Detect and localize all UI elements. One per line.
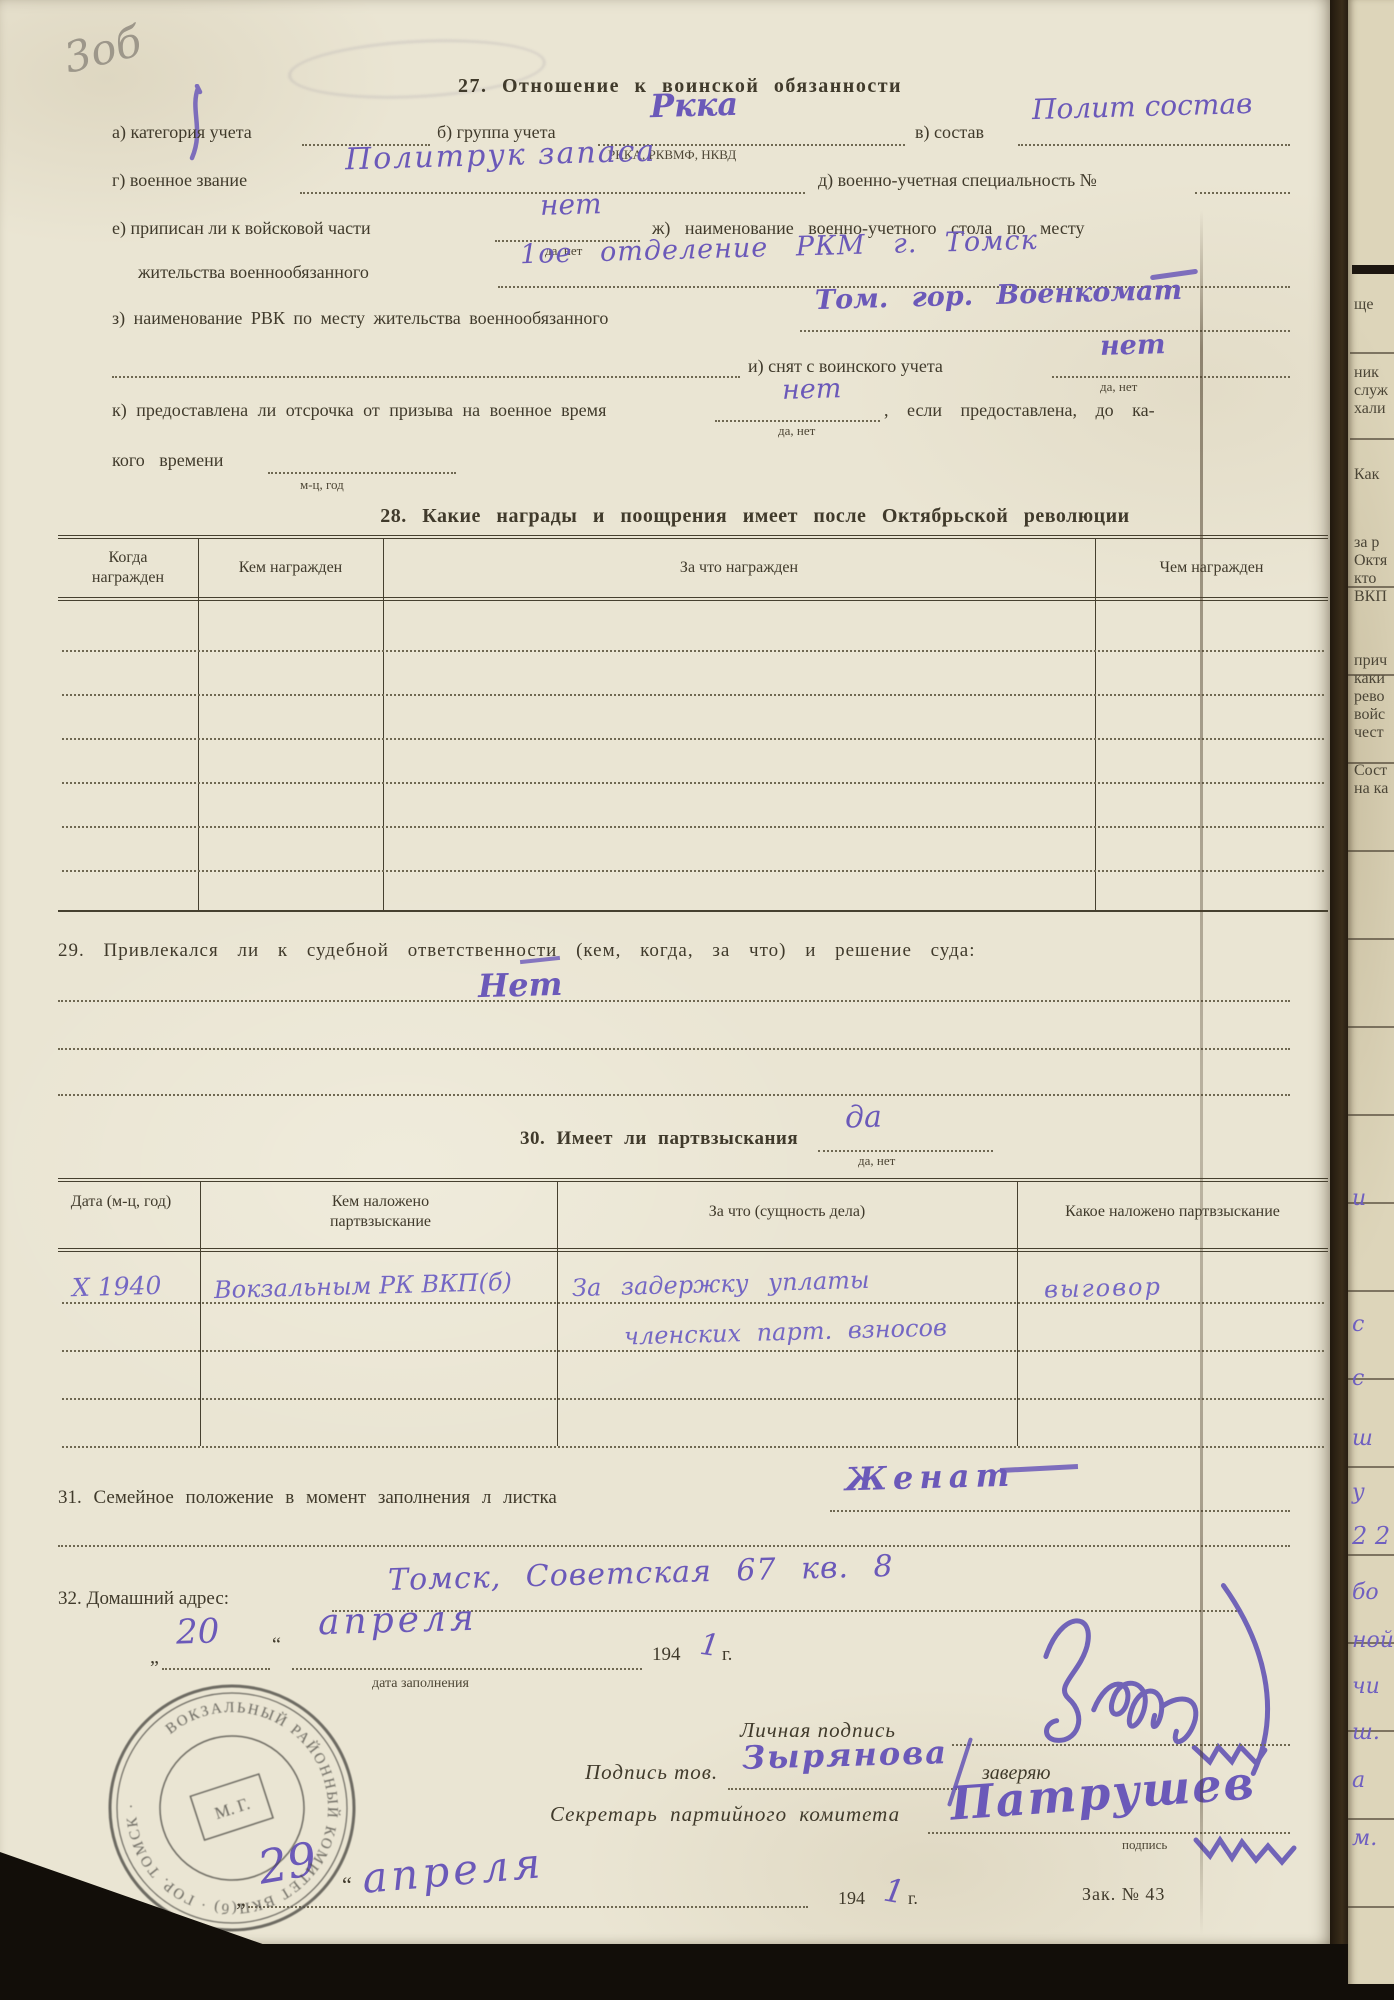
table28-col-withwhat: Чем награжден bbox=[1095, 558, 1328, 578]
adjacent-fragment: прич bbox=[1354, 652, 1387, 670]
field-k-line2 bbox=[268, 472, 456, 474]
table28-col-forwhat: За что награжден bbox=[383, 558, 1095, 578]
table30-col-date: Дата (м-ц, год) bbox=[66, 1192, 176, 1212]
field-i-line bbox=[1052, 376, 1290, 378]
field-zh-label-cont: жительства военнообязанного bbox=[138, 262, 369, 283]
field-b-value: Ркка bbox=[649, 85, 738, 125]
secretary-sig-caption: подпись bbox=[1122, 1838, 1167, 1853]
secretary-signature-swash bbox=[1190, 1802, 1340, 1872]
table30-header-rule bbox=[58, 1248, 1328, 1252]
adjacent-hw-fragment: с bbox=[1352, 1366, 1364, 1391]
field-v-value: Полит состав bbox=[1032, 87, 1253, 126]
field-e-value: нет bbox=[540, 187, 602, 222]
cert-date-year-unit: г. bbox=[908, 1888, 918, 1909]
table30-top-rule bbox=[58, 1178, 1328, 1182]
order-number: Зак. № 43 bbox=[1082, 1884, 1165, 1905]
table28-row-line bbox=[62, 826, 1324, 828]
stamp-center-text: М. Г. bbox=[212, 1794, 252, 1823]
attest-label: Подпись тов. bbox=[585, 1760, 718, 1784]
section-28-title: 28. Какие награды и поощрения имеет посл… bbox=[220, 505, 1290, 528]
table30-sep3 bbox=[1017, 1182, 1018, 1446]
scanned-document-page: 3об 27. Отношение к воинской обязанности… bbox=[0, 0, 1394, 2000]
adjacent-hw-fragment: 2 2 bbox=[1352, 1522, 1390, 1550]
table30-row-line bbox=[62, 1446, 1324, 1448]
section-31-line2 bbox=[58, 1545, 1290, 1547]
section-30-title: 30. Имеет ли партвзыскания bbox=[520, 1128, 798, 1150]
adjacent-hw-fragment: м. bbox=[1352, 1826, 1377, 1851]
adjacent-fragment: ник bbox=[1354, 364, 1379, 382]
section-29-line bbox=[58, 1094, 1290, 1096]
field-z-line bbox=[800, 330, 1290, 332]
field-i-caption: да, нет bbox=[1100, 380, 1137, 395]
table28-header-rule bbox=[58, 597, 1328, 601]
table28-row-line bbox=[62, 870, 1324, 872]
table28-bottom-rule bbox=[58, 910, 1328, 912]
section-32-label: 32. Домашний адрес: bbox=[58, 1588, 229, 1610]
section-29-line bbox=[58, 1000, 1290, 1002]
field-z-line2 bbox=[112, 376, 740, 378]
table28-row-line bbox=[62, 738, 1324, 740]
table28-sep1 bbox=[198, 539, 199, 910]
table30-sep1 bbox=[200, 1182, 201, 1446]
adjacent-hw-fragment: и bbox=[1352, 1186, 1366, 1211]
paper-crease bbox=[1200, 210, 1203, 1935]
table30-row-line bbox=[62, 1398, 1324, 1400]
adjacent-fragment: Как bbox=[1354, 466, 1379, 484]
table28-sep3 bbox=[1095, 539, 1096, 910]
page-gap-shadow bbox=[1330, 0, 1350, 1990]
adjacent-fragment: служ bbox=[1354, 382, 1388, 400]
table30-row-date: X 1940 bbox=[72, 1271, 162, 1302]
table30-col-penalty: Какое наложено партвзыскание bbox=[1017, 1202, 1328, 1222]
table30-row-line bbox=[62, 1350, 1324, 1352]
section-29-line bbox=[58, 1048, 1290, 1050]
section-31-label: 31. Семейное положение в момент заполнен… bbox=[58, 1487, 557, 1509]
adjacent-heavy-rule bbox=[1352, 265, 1394, 274]
section-31-line bbox=[830, 1510, 1290, 1512]
adjacent-fragment: рево bbox=[1354, 688, 1385, 706]
table30-col-bywhom: Кем наложено партвзыскание bbox=[298, 1192, 463, 1232]
adjacent-hw-fragment: бо bbox=[1352, 1580, 1379, 1605]
field-k-line bbox=[715, 420, 880, 422]
adjacent-fragment: ВКП bbox=[1354, 588, 1387, 606]
field-i-label: и) снят с воинского учета bbox=[748, 356, 943, 377]
field-d-label: д) военно-учетная специальность № bbox=[818, 170, 1097, 191]
fill-date-month: апреля bbox=[317, 1598, 478, 1643]
field-k-value: нет bbox=[782, 373, 842, 406]
section-30-line bbox=[818, 1150, 993, 1152]
table28-row-line bbox=[62, 694, 1324, 696]
fill-date-year-printed: 194 bbox=[652, 1644, 681, 1666]
table30-sep2 bbox=[557, 1182, 558, 1446]
table28-col-when: Когда награжден bbox=[80, 548, 176, 588]
table28-row-line bbox=[62, 650, 1324, 652]
adjacent-hw-fragment: а bbox=[1352, 1768, 1365, 1793]
field-z-label: з) наименование РВК по месту жительства … bbox=[112, 308, 608, 329]
adjacent-fragment: за р bbox=[1354, 534, 1379, 552]
attest-line bbox=[728, 1788, 960, 1790]
table28-row-line bbox=[62, 782, 1324, 784]
secretary-label: Секретарь партийного комитета bbox=[550, 1802, 900, 1826]
scan-bottom-band bbox=[0, 1944, 1348, 2000]
fill-date-day: 20 bbox=[175, 1611, 219, 1652]
adjacent-ruled-line bbox=[1350, 438, 1394, 440]
fill-date-open-quote: „ bbox=[150, 1646, 159, 1669]
adjacent-ruled-line bbox=[1350, 352, 1394, 354]
table30-row-penalty: выговор bbox=[1044, 1272, 1163, 1303]
adjacent-fragment: Сост bbox=[1354, 762, 1387, 780]
adjacent-fragment: хали bbox=[1354, 400, 1386, 418]
field-k-cont2: кого времени bbox=[112, 450, 223, 471]
field-v-label: в) состав bbox=[915, 122, 984, 143]
field-k-label: к) предоставлена ли отсрочка от призыва … bbox=[112, 400, 606, 421]
adjacent-fragment: чест bbox=[1354, 724, 1384, 742]
adjacent-hw-fragment: ной bbox=[1352, 1628, 1394, 1653]
adjacent-hw-fragment: у bbox=[1352, 1480, 1365, 1505]
adjacent-hw-fragment: ш. bbox=[1352, 1720, 1380, 1745]
section-30-caption: да, нет bbox=[858, 1154, 895, 1169]
field-k-cont: , если предоставлена, до ка- bbox=[884, 400, 1155, 421]
personal-signature-line bbox=[952, 1744, 1290, 1746]
section-29-title: 29. Привлекался ли к судебной ответствен… bbox=[58, 940, 976, 962]
table28-col-bywhom: Кем награжден bbox=[198, 558, 383, 578]
fill-date-caption: дата заполнения bbox=[372, 1676, 469, 1692]
field-d-line bbox=[1195, 192, 1290, 194]
fill-date-year-unit: г. bbox=[722, 1644, 732, 1666]
table28-top-rule bbox=[58, 535, 1328, 539]
cert-date-year-printed: 194 bbox=[838, 1888, 865, 1909]
field-a-label: а) категория учета bbox=[112, 122, 252, 143]
section-31-value: Женат bbox=[845, 1456, 1016, 1499]
adjacent-fragment: каки bbox=[1354, 670, 1385, 688]
adjacent-fragment: ще bbox=[1354, 296, 1373, 314]
field-i-value: нет bbox=[1100, 329, 1166, 362]
field-k-caption2: м-ц, год bbox=[300, 478, 344, 493]
scan-bottom-band-right bbox=[1348, 1984, 1394, 2000]
field-k-caption: да, нет bbox=[778, 424, 815, 439]
section-30-value: да bbox=[845, 1099, 883, 1135]
adjacent-fragment: на ка bbox=[1354, 780, 1388, 798]
table28-sep2 bbox=[383, 539, 384, 910]
fill-date-close-quote: “ bbox=[272, 1634, 281, 1657]
adjacent-fragment: Октя bbox=[1354, 552, 1387, 570]
adjacent-hw-fragment: с bbox=[1352, 1312, 1364, 1337]
table30-col-forwhat: За что (сущность дела) bbox=[557, 1202, 1017, 1222]
field-e-label: е) приписан ли к войсковой части bbox=[112, 218, 371, 239]
adjacent-hw-fragment: ш bbox=[1352, 1426, 1373, 1451]
attest-name: Зырянова bbox=[742, 1733, 949, 1777]
field-g-label: г) военное звание bbox=[112, 170, 247, 191]
field-v-line bbox=[1018, 144, 1290, 146]
adjacent-fragment: войс bbox=[1354, 706, 1385, 724]
adjacent-hw-fragment: чи bbox=[1352, 1674, 1380, 1699]
adjacent-fragment: кто bbox=[1354, 570, 1376, 588]
